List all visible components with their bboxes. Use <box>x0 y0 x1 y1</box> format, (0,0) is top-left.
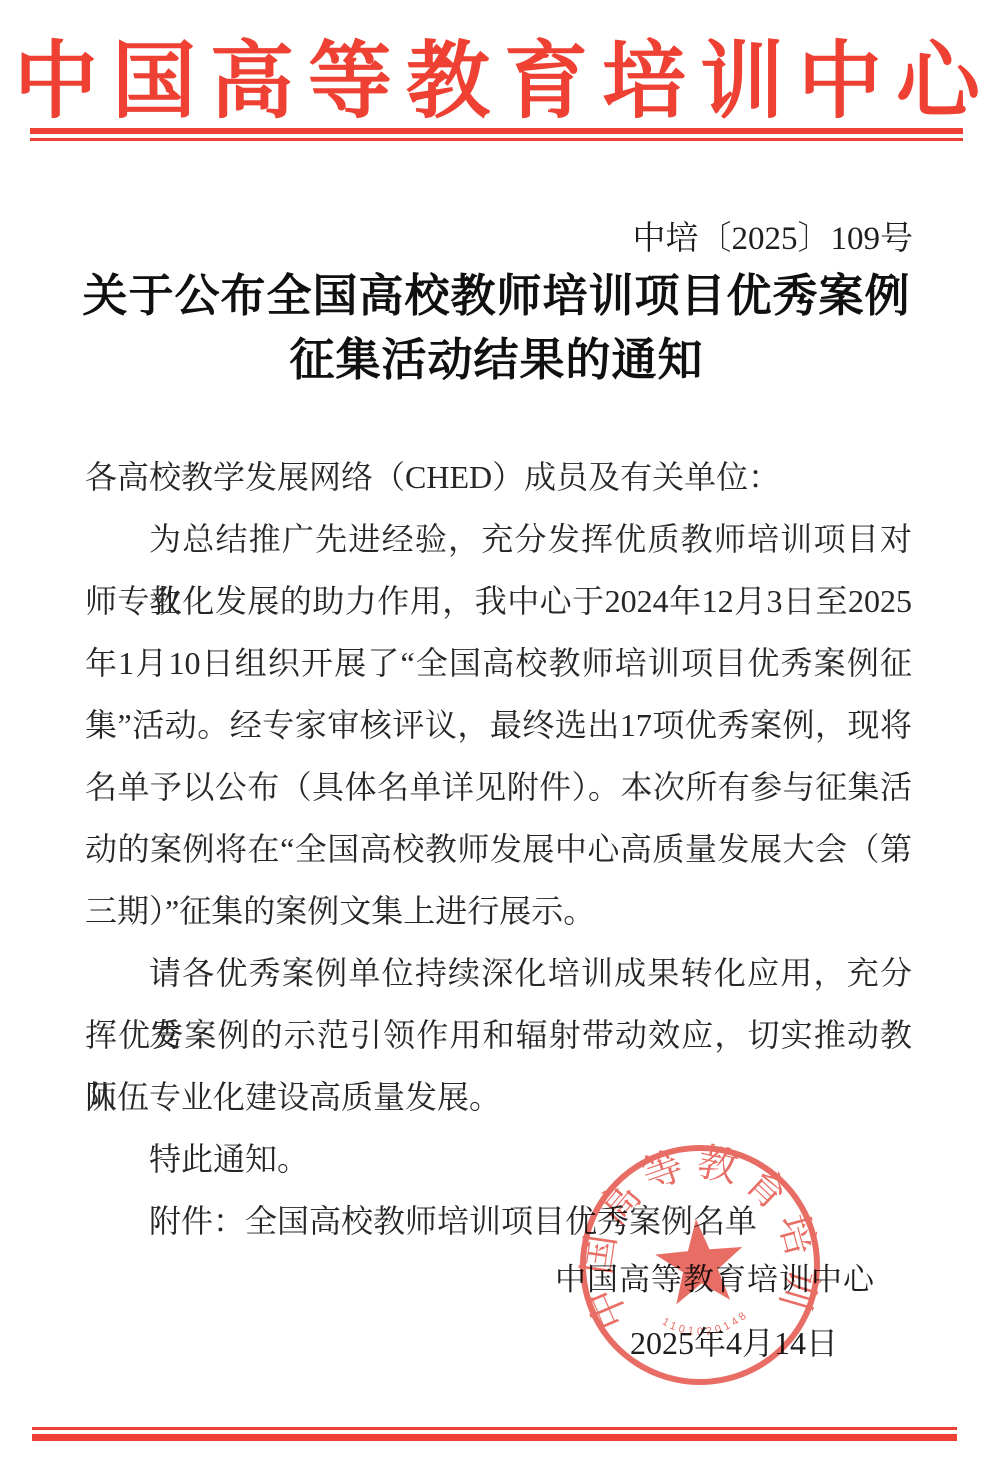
body-line: 请各优秀案例单位持续深化培训成果转化应用，充分发 <box>85 942 912 1004</box>
body-line: 动的案例将在“全国高校教师发展中心高质量发展大会（第 <box>85 818 912 880</box>
body-line: 年1月10日组织开展了“全国高校教师培训项目优秀案例征 <box>85 632 912 694</box>
body-line: 名单予以公布（具体名单详见附件）。本次所有参与征集活 <box>85 756 912 818</box>
seal-code-number: 1101020148 <box>659 1307 753 1342</box>
official-seal-stamp: 中国高等教育培训中心 1101020148 <box>567 1132 834 1399</box>
divider-thin-line <box>30 138 963 141</box>
document-title-line1: 关于公布全国高校教师培训项目优秀案例 <box>0 264 993 328</box>
body-line: 师专业化发展的助力作用，我中心于2024年12月3日至2025 <box>85 570 912 632</box>
body-line: 挥优秀案例的示范引领作用和辐射带动效应，切实推动教师 <box>85 1004 912 1066</box>
body-line: 三期）”征集的案例文集上进行展示。 <box>85 880 912 942</box>
document-number: 中培〔2025〕109号 <box>633 212 914 259</box>
document-title: 关于公布全国高校教师培训项目优秀案例 征集活动结果的通知 <box>0 264 993 392</box>
letterhead-divider <box>30 128 963 141</box>
seal-star-icon <box>652 1215 746 1306</box>
notice-document-page: 中国高等教育培训中心 中培〔2025〕109号 关于公布全国高校教师培训项目优秀… <box>0 0 993 1468</box>
body-line: 各高校教学发展网络（CHED）成员及有关单位： <box>85 446 912 508</box>
document-body: 各高校教学发展网络（CHED）成员及有关单位：为总结推广先进经验，充分发挥优质教… <box>85 446 912 1252</box>
body-line: 队伍专业化建设高质量发展。 <box>85 1066 912 1128</box>
svg-text:1101020148: 1101020148 <box>659 1307 753 1342</box>
document-title-line2: 征集活动结果的通知 <box>0 328 993 392</box>
body-line: 集”活动。经专家审核评议，最终选出17项优秀案例，现将 <box>85 694 912 756</box>
letterhead-org-name: 中国高等教育培训中心 <box>0 14 993 135</box>
divider-thick-line <box>32 1434 957 1441</box>
footer-divider <box>32 1427 957 1441</box>
body-line: 为总结推广先进经验，充分发挥优质教师培训项目对教 <box>85 508 912 570</box>
